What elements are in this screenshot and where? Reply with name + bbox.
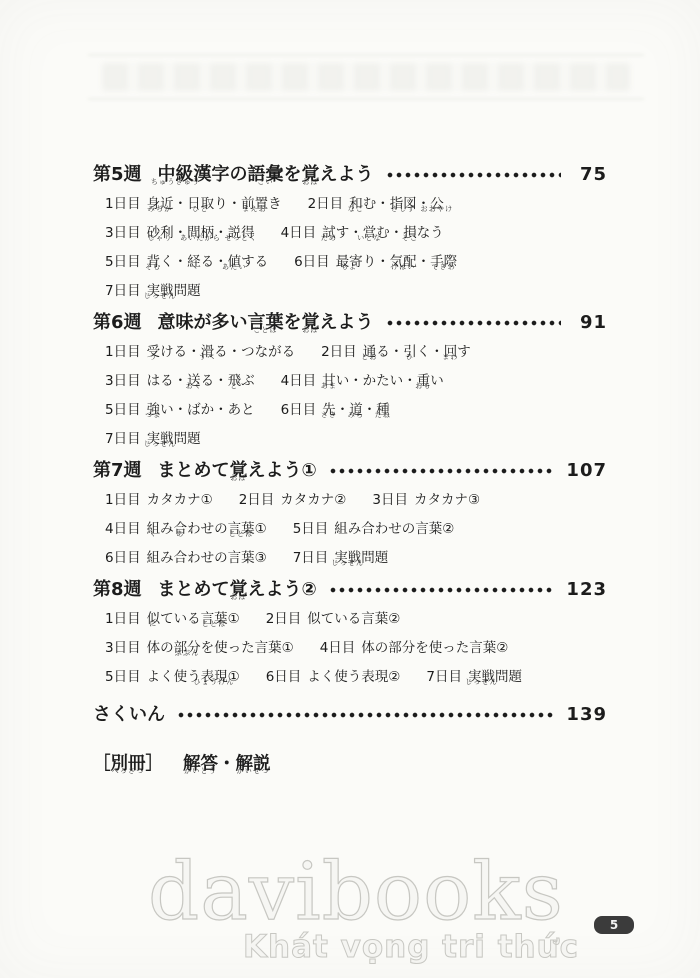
base-text: カタカナ① xyxy=(147,492,213,508)
toc-day-entry: 3日目カタカナ③ xyxy=(372,488,480,509)
index-label: さくいん xyxy=(93,700,165,726)
base-text: く・ xyxy=(417,344,444,360)
base-text: 問題 xyxy=(174,283,201,299)
text-segment: む・ xyxy=(376,221,403,241)
text-segment: えよう② xyxy=(248,575,317,601)
toc-day-line: 3日目はる・送おくる・飛とぶ4日目甘あまい・かたい・重おもい xyxy=(105,369,607,390)
text-segment: 背そむ xyxy=(147,250,161,270)
day-label: 7日目 xyxy=(105,427,141,448)
text-segment: 体の部分を使った言葉② xyxy=(361,636,508,656)
furigana: おぼ xyxy=(230,594,246,601)
text-segment: 滑すべ xyxy=(201,340,215,360)
base-text: カタカナ② xyxy=(280,492,346,508)
toc-week-section: 第5週中級ちゅうきゅう漢字の語彙ごいを覚おぼえよう751日目身近みぢか・日取ひど… xyxy=(93,160,607,300)
text-segment: い・ばか・あと xyxy=(160,398,255,418)
text-segment: 実戦じっせん xyxy=(334,546,361,566)
watermark-brand-text: davibooks xyxy=(148,852,564,932)
day-label: 1日目 xyxy=(105,488,141,509)
text-segment: 最寄もよ xyxy=(336,250,363,270)
text-segment: 語彙ごい xyxy=(248,160,284,186)
base-text: 意味が多い xyxy=(158,312,248,333)
text-segment: えよう① xyxy=(248,456,317,482)
table-of-contents: 第5週中級ちゅうきゅう漢字の語彙ごいを覚おぼえよう751日目身近みぢか・日取ひど… xyxy=(93,160,607,774)
text-segment: る・ xyxy=(201,369,228,389)
bleed-text-shadow xyxy=(102,63,630,91)
text-with-furigana: はる・送おくる・飛とぶ xyxy=(147,369,255,390)
day-label: 7日目 xyxy=(105,279,141,300)
base-text: を使った言葉① xyxy=(201,640,294,656)
base-text: い・かたい・ xyxy=(336,373,417,389)
furigana: ため xyxy=(321,235,337,242)
text-segment: 指図さしず xyxy=(390,192,417,212)
text-with-furigana: 組み合わせの言葉② xyxy=(334,517,454,538)
base-text: まとめて xyxy=(158,460,230,481)
base-text: り・ xyxy=(363,254,390,270)
furigana: おぼ xyxy=(302,179,318,186)
text-segment: 実戦じっせん xyxy=(468,665,495,685)
toc-day-entry: 3日目体の部分ぶぶんを使った言葉① xyxy=(105,636,294,657)
text-segment: 値あたい xyxy=(228,250,242,270)
day-label: 5日目 xyxy=(105,398,141,419)
text-segment: を xyxy=(284,308,302,334)
toc-day-entry: 6日目組み合わせの言葉③ xyxy=(105,546,267,567)
furigana: てぎわ xyxy=(431,264,456,271)
toc-day-entry: 2日目和なごむ・指図さしず・公おおやけ xyxy=(308,192,444,213)
week-label: 第8週 xyxy=(93,575,142,601)
text-segment: 体の xyxy=(147,636,174,656)
furigana: おく xyxy=(186,383,202,390)
text-segment: 通とお xyxy=(363,340,377,360)
furigana: ことば xyxy=(253,327,278,334)
furigana: たね xyxy=(375,412,391,419)
base-text: い・ばか・あと xyxy=(160,402,255,418)
furigana: う xyxy=(149,354,157,361)
base-text: ・ xyxy=(417,254,431,270)
text-segment: 覚おぼ xyxy=(230,456,248,482)
base-text: えよう① xyxy=(248,460,317,481)
furigana: じゃり xyxy=(148,235,173,242)
text-segment: 表現ひょうげん xyxy=(201,665,228,685)
day-label: 6日目 xyxy=(281,398,317,419)
week-label: 第7週 xyxy=(93,456,142,482)
toc-day-entry: 6日目最寄もより・気配けはい・手際てぎわ xyxy=(294,250,457,271)
dot-leader xyxy=(329,585,555,595)
toc-day-entry: 1日目カタカナ① xyxy=(105,488,213,509)
toc-week-header: 第5週中級ちゅうきゅう漢字の語彙ごいを覚おぼえよう75 xyxy=(93,160,607,184)
text-segment: 甘あま xyxy=(322,369,336,389)
day-label: 1日目 xyxy=(105,340,141,361)
furigana: さしず xyxy=(391,206,416,213)
furigana: あ xyxy=(176,531,184,538)
text-with-furigana: 和なごむ・指図さしず・公おおやけ xyxy=(349,192,444,213)
base-text: き xyxy=(268,196,282,212)
furigana: ことば xyxy=(229,531,254,538)
text-with-furigana: カタカナ① xyxy=(147,488,213,509)
day-label: 3日目 xyxy=(372,488,408,509)
text-segment: 問題 xyxy=(174,279,201,299)
text-segment: く・ xyxy=(160,250,187,270)
text-with-furigana: 最寄もより・気配けはい・手際てぎわ xyxy=(336,250,458,271)
base-text: る・つながる xyxy=(214,344,295,360)
base-text: 問題 xyxy=(495,669,522,685)
text-with-furigana: 実戦じっせん問題 xyxy=(147,427,201,448)
day-label: 4日目 xyxy=(105,517,141,538)
text-segment: 公おおやけ xyxy=(430,192,444,212)
toc-day-entry: 1日目似にている言葉ことば① xyxy=(105,607,240,628)
page-number: 139 xyxy=(566,704,607,725)
text-segment: よく使う表現② xyxy=(307,665,400,685)
day-label: 5日目 xyxy=(105,665,141,686)
text-segment: カタカナ③ xyxy=(414,488,480,508)
text-with-furigana: 似ている言葉② xyxy=(307,607,400,628)
text-segment: まとめて xyxy=(158,575,230,601)
text-segment: 組み合わせの言葉③ xyxy=(147,546,267,566)
base-text: ① xyxy=(228,669,240,685)
toc-day-line: 5日目よく使う表現ひょうげん①6日目よく使う表現②7日目実戦じっせん問題 xyxy=(105,665,607,686)
toc-day-entry: 7日目実戦じっせん問題 xyxy=(105,427,201,448)
text-segment: む・ xyxy=(363,192,390,212)
day-label: 1日目 xyxy=(105,607,141,628)
text-with-furigana: 甘あまい・かたい・重おもい xyxy=(322,369,444,390)
text-segment: り・ xyxy=(214,192,241,212)
text-with-furigana: まとめて覚おぼえよう① xyxy=(158,456,317,482)
text-segment: ぶ xyxy=(241,369,255,389)
base-text: 漢字の xyxy=(194,164,248,185)
text-segment: 実戦じっせん xyxy=(147,279,174,299)
base-text: えよう② xyxy=(248,579,317,600)
text-segment: く・ xyxy=(417,340,444,360)
text-segment: 和なご xyxy=(349,192,363,212)
day-label: 7日目 xyxy=(293,546,329,567)
toc-day-entry: 7日目実戦じっせん問題 xyxy=(105,279,201,300)
furigana: まえお xyxy=(242,206,267,213)
base-text: り・ xyxy=(214,196,241,212)
toc-day-line: 7日目実戦じっせん問題 xyxy=(105,427,607,448)
toc-day-entry: 5日目強つよい・ばか・あと xyxy=(105,398,255,419)
bleed-bottom-edge xyxy=(88,98,644,100)
furigana: そむ xyxy=(145,264,161,271)
toc-day-entry: 2日目通とおる・引ひく・回まわす xyxy=(321,340,471,361)
text-segment: まとめて xyxy=(158,456,230,482)
text-segment: 飛と xyxy=(228,369,242,389)
text-with-furigana: 体の部分を使った言葉② xyxy=(361,636,508,657)
toc-day-line: 3日目体の部分ぶぶんを使った言葉①4日目体の部分を使った言葉② xyxy=(105,636,607,657)
day-label: 6日目 xyxy=(266,665,302,686)
toc-day-entry: 2日目似ている言葉② xyxy=(266,607,401,628)
toc-day-entry: 7日目実戦じっせん問題 xyxy=(293,546,389,567)
base-text: よく使う xyxy=(147,669,201,685)
furigana: おも xyxy=(415,383,431,390)
text-with-furigana: 身近みぢか・日取ひどり・前置まえおき xyxy=(147,192,282,213)
text-segment: 前置まえお xyxy=(241,192,268,212)
text-segment: カタカナ② xyxy=(280,488,346,508)
toc-day-entry: 1日目身近みぢか・日取ひどり・前置まえおき xyxy=(105,192,282,213)
page-number: 75 xyxy=(573,164,607,185)
base-text: はる・ xyxy=(147,373,188,389)
text-with-furigana: 意味が多い言葉ことばを覚おぼえよう xyxy=(158,308,374,334)
day-label: 2日目 xyxy=(308,192,344,213)
base-text: 組み合わせの言葉③ xyxy=(147,550,267,566)
base-text: カタカナ③ xyxy=(414,492,480,508)
week-label: 第6週 xyxy=(93,308,142,334)
toc-day-entry: 5日目背そむく・経へる・値あたいする xyxy=(105,250,268,271)
furigana: と xyxy=(230,383,238,390)
toc-day-entry: 4日目体の部分を使った言葉② xyxy=(320,636,509,657)
text-segment: み xyxy=(160,517,174,537)
text-segment: 似に xyxy=(147,607,161,627)
text-segment: る・ xyxy=(376,340,403,360)
base-text: み xyxy=(160,521,174,537)
furigana: まわ xyxy=(442,354,458,361)
day-label: 7日目 xyxy=(426,665,462,686)
base-text: わせの xyxy=(187,521,228,537)
text-segment: 気配けはい xyxy=(390,250,417,270)
text-with-furigana: カタカナ② xyxy=(280,488,346,509)
text-segment: 損そこ xyxy=(403,221,417,241)
dot-leader xyxy=(177,710,554,720)
base-text: を xyxy=(284,164,302,185)
toc-day-line: 3日目砂利じゃり・間柄あいだがら・説得せっとく4日目試ためす・営いとなむ・損そこ… xyxy=(105,221,607,242)
day-label: 3日目 xyxy=(105,636,141,657)
watermark-tagline-text: Khát vọng tri thức xyxy=(243,932,579,963)
text-segment: い・かたい・ xyxy=(336,369,417,389)
furigana: とお xyxy=(361,354,377,361)
day-label: 6日目 xyxy=(294,250,330,271)
base-text: えよう xyxy=(320,164,374,185)
furigana: じっせん xyxy=(465,679,498,686)
furigana: つよ xyxy=(145,412,161,419)
toc-week-header: 第8週まとめて覚おぼえよう②123 xyxy=(93,575,607,599)
toc-week-header: 第7週まとめて覚おぼえよう①107 xyxy=(93,456,607,480)
text-segment: えよう xyxy=(320,160,374,186)
dot-leader xyxy=(386,318,561,328)
page-bleed-through xyxy=(88,54,644,104)
day-label: 1日目 xyxy=(105,192,141,213)
text-segment: 似ている言葉② xyxy=(307,607,400,627)
toc-index-row: さくいん139 xyxy=(93,700,607,724)
text-with-furigana: まとめて覚おぼえよう② xyxy=(158,575,317,601)
toc-day-line: 6日目組み合わせの言葉③7日目実戦じっせん問題 xyxy=(105,546,607,567)
toc-day-entry: 4日目試ためす・営いとなむ・損そこなう xyxy=(281,221,444,242)
base-text: ① xyxy=(228,611,240,627)
text-segment: わせの xyxy=(187,517,228,537)
text-segment: 漢字の xyxy=(194,160,248,186)
text-segment: 実戦じっせん xyxy=(147,427,174,447)
text-with-furigana: 解答かいとう・解説かいせつ xyxy=(183,750,271,774)
text-segment: 覚おぼ xyxy=(230,575,248,601)
text-segment: はる・ xyxy=(147,369,188,389)
base-text: く・ xyxy=(160,254,187,270)
text-with-furigana: 強つよい・ばか・あと xyxy=(147,398,255,419)
text-with-furigana: カタカナ③ xyxy=(414,488,480,509)
base-text: る・ xyxy=(201,373,228,389)
base-text: する xyxy=(241,254,268,270)
furigana: ひど xyxy=(192,206,208,213)
text-segment: 部分ぶぶん xyxy=(174,636,201,656)
bleed-top-edge xyxy=(88,54,644,56)
furigana: みち xyxy=(348,412,364,419)
text-segment: ① xyxy=(228,611,240,627)
furigana: すべ xyxy=(199,354,215,361)
text-segment: 引ひ xyxy=(403,340,417,360)
day-label: 4日目 xyxy=(281,221,317,242)
text-segment: 強つよ xyxy=(147,398,161,418)
text-segment: 経へ xyxy=(187,250,201,270)
day-label: 2日目 xyxy=(321,340,357,361)
text-segment: 重おも xyxy=(417,369,431,389)
furigana: じっせん xyxy=(331,560,364,567)
text-with-furigana: よく使う表現② xyxy=(307,665,400,686)
text-segment: 送おく xyxy=(187,369,201,389)
furigana: かいとう xyxy=(184,768,217,775)
base-text: なう xyxy=(417,225,444,241)
toc-day-entry: 5日目よく使う表現ひょうげん① xyxy=(105,665,240,686)
base-text: 体の部分を使った言葉② xyxy=(361,640,508,656)
week-label: 第5週 xyxy=(93,160,142,186)
base-text: 問題 xyxy=(174,431,201,447)
text-segment: ・ xyxy=(417,250,431,270)
text-segment: 手際てぎわ xyxy=(430,250,457,270)
text-with-furigana: よく使う表現ひょうげん① xyxy=(147,665,240,686)
text-segment: する xyxy=(241,250,268,270)
text-segment: 言葉ことば xyxy=(248,308,284,334)
text-with-furigana: 実戦じっせん問題 xyxy=(334,546,388,567)
text-segment: ［ xyxy=(93,750,111,775)
toc-day-entry: 4日目甘あまい・かたい・重おもい xyxy=(281,369,444,390)
text-segment: 回まわ xyxy=(444,340,458,360)
text-with-furigana: 通とおる・引ひく・回まわす xyxy=(363,340,471,361)
text-segment: す xyxy=(457,340,471,360)
toc-day-entry: 1日目受うける・滑すべる・つながる xyxy=(105,340,295,361)
text-with-furigana: 先さき・道みち・種たね xyxy=(322,398,390,419)
toc-day-entry: 3日目はる・送おくる・飛とぶ xyxy=(105,369,255,390)
text-segment: カタカナ① xyxy=(147,488,213,508)
furigana: おぼ xyxy=(302,327,318,334)
dot-leader xyxy=(329,466,555,476)
text-with-furigana: 似にている言葉ことば① xyxy=(147,607,240,628)
toc-week-header: 第6週意味が多い言葉ことばを覚おぼえよう91 xyxy=(93,308,607,332)
furigana: なご xyxy=(348,206,364,213)
text-segment: 日取ひど xyxy=(187,192,214,212)
text-with-furigana: 体の部分ぶぶんを使った言葉① xyxy=(147,636,294,657)
text-segment: ける・ xyxy=(160,340,201,360)
text-with-furigana: 背そむく・経へる・値あたいする xyxy=(147,250,269,271)
text-segment: 組く xyxy=(147,517,161,537)
base-text: る・ xyxy=(376,344,403,360)
text-segment: ① xyxy=(228,669,240,685)
furigana: おおやけ xyxy=(421,206,454,213)
base-text: 体の xyxy=(147,640,174,656)
base-text: えよう xyxy=(320,312,374,333)
text-with-furigana: 実戦じっせん問題 xyxy=(468,665,522,686)
toc-day-entry: 2日目カタカナ② xyxy=(239,488,347,509)
text-segment: 言葉ことば xyxy=(228,517,255,537)
day-label: 4日目 xyxy=(281,369,317,390)
text-segment: 組み合わせの言葉② xyxy=(334,517,454,537)
text-segment: えよう xyxy=(320,308,374,334)
toc-day-entry: 5日目組み合わせの言葉② xyxy=(293,517,455,538)
base-text: まとめて xyxy=(158,579,230,600)
furigana: ひ xyxy=(406,354,414,361)
text-segment: 間柄あいだがら xyxy=(187,221,214,241)
text-with-furigana: 中級ちゅうきゅう漢字の語彙ごいを覚おぼえよう xyxy=(158,160,374,186)
text-with-furigana: 実戦じっせん問題 xyxy=(147,279,201,300)
base-text: ける・ xyxy=(160,344,201,360)
text-segment: い xyxy=(430,369,444,389)
furigana: ことば xyxy=(202,621,227,628)
furigana: へ xyxy=(190,264,198,271)
toc-day-line: 5日目強つよい・ばか・あと6日目先さき・道みち・種たね xyxy=(105,398,607,419)
dot-leader xyxy=(386,170,561,180)
base-text: 組み合わせの言葉② xyxy=(334,521,454,537)
furigana: そこ xyxy=(402,235,418,242)
toc-day-entry: 4日目組くみ合あわせの言葉ことば① xyxy=(105,517,267,538)
furigana: せっとく xyxy=(225,235,258,242)
base-text: ］ xyxy=(146,754,164,774)
text-segment: ］ xyxy=(146,750,164,775)
day-label: 3日目 xyxy=(105,221,141,242)
text-with-furigana: 試ためす・営いとなむ・損そこなう xyxy=(322,221,444,242)
furigana: もよ xyxy=(341,264,357,271)
day-label: 2日目 xyxy=(239,488,275,509)
base-text: ［ xyxy=(93,754,111,774)
text-segment: 道みち xyxy=(349,398,363,418)
day-label: 4日目 xyxy=(320,636,356,657)
page-number: 123 xyxy=(566,579,607,600)
furigana: べっさつ xyxy=(112,768,145,775)
base-text: ・ xyxy=(218,754,236,774)
text-with-furigana: 受うける・滑すべる・つながる xyxy=(147,340,296,361)
base-text: を xyxy=(284,312,302,333)
page-number-badge: 5 xyxy=(594,916,634,934)
toc-day-entry: 7日目実戦じっせん問題 xyxy=(426,665,522,686)
day-label: 5日目 xyxy=(293,517,329,538)
toc-day-line: 1日目身近みぢか・日取ひどり・前置まえおき2日目和なごむ・指図さしず・公おおやけ xyxy=(105,192,607,213)
book-page: 第5週中級ちゅうきゅう漢字の語彙ごいを覚おぼえよう751日目身近みぢか・日取ひど… xyxy=(0,0,700,978)
text-segment: 言葉ことば xyxy=(201,607,228,627)
text-segment: を xyxy=(284,160,302,186)
toc-day-line: 7日目実戦じっせん問題 xyxy=(105,279,607,300)
toc-week-section: 第6週意味が多い言葉ことばを覚おぼえよう911日目受うける・滑すべる・つながる2… xyxy=(93,308,607,448)
day-label: 6日目 xyxy=(105,546,141,567)
text-segment: き xyxy=(268,192,282,212)
toc-week-section: 第8週まとめて覚おぼえよう②1231日目似にている言葉ことば①2日目似ている言葉… xyxy=(93,575,607,686)
furigana: あま xyxy=(321,383,337,390)
furigana: ごい xyxy=(257,179,273,186)
text-segment: 中級ちゅうきゅう xyxy=(158,160,194,186)
base-text: よく使う表現② xyxy=(307,669,400,685)
text-segment: なう xyxy=(417,221,444,241)
text-segment: よく使う xyxy=(147,665,201,685)
furigana: に xyxy=(149,621,157,628)
text-segment: 砂利じゃり xyxy=(147,221,174,241)
furigana: じっせん xyxy=(144,293,177,300)
toc-day-line: 4日目組くみ合あわせの言葉ことば①5日目組み合わせの言葉② xyxy=(105,517,607,538)
text-segment: 営いとな xyxy=(363,221,377,241)
text-segment: る・つながる xyxy=(214,340,295,360)
text-with-furigana: 組くみ合あわせの言葉ことば① xyxy=(147,517,267,538)
base-text: む・ xyxy=(363,196,390,212)
text-segment: 身近みぢか xyxy=(147,192,174,212)
furigana: かいせつ xyxy=(237,768,270,775)
text-segment: 覚おぼ xyxy=(302,160,320,186)
text-segment: 試ため xyxy=(322,221,336,241)
day-label: 5日目 xyxy=(105,250,141,271)
text-segment: 別冊べっさつ xyxy=(111,750,146,775)
text-segment: 種たね xyxy=(376,398,390,418)
text-segment: 問題 xyxy=(361,546,388,566)
text-segment: 問題 xyxy=(495,665,522,685)
